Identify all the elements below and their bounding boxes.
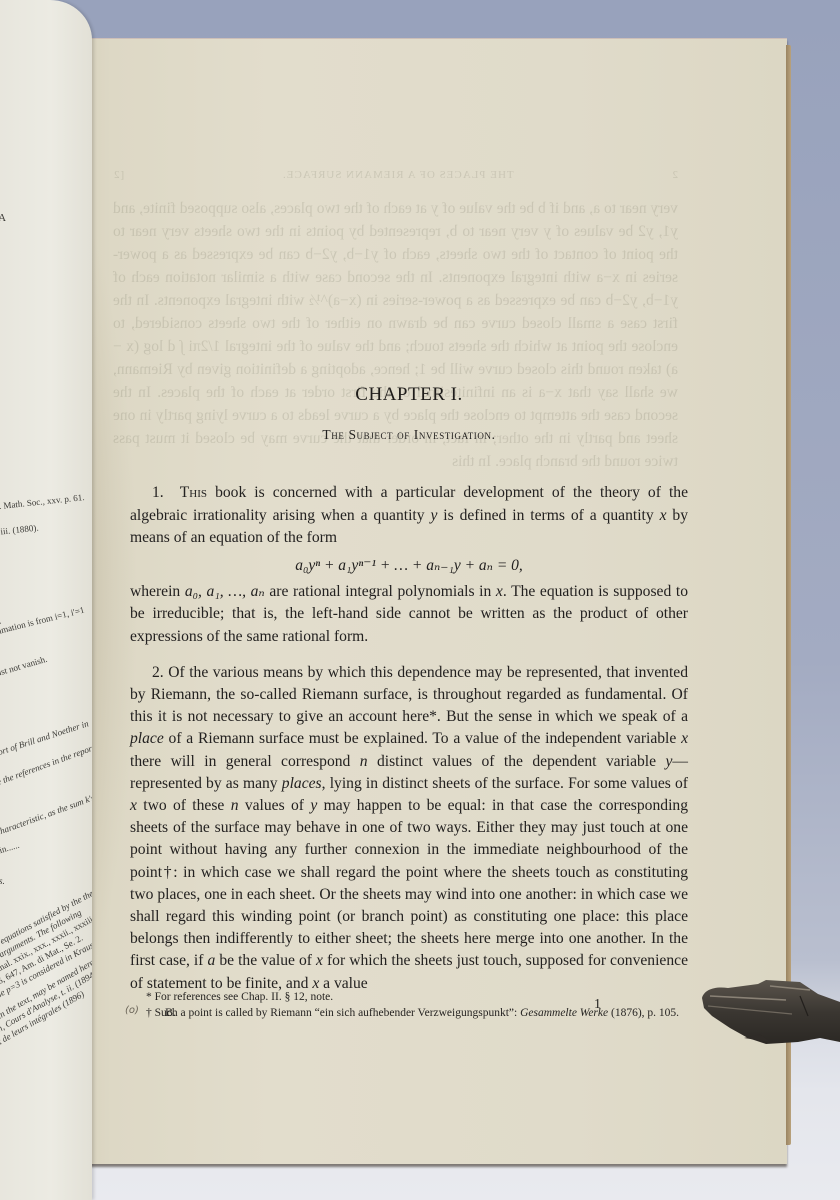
text: wherein: [130, 583, 185, 600]
math-var: x: [681, 730, 688, 747]
text: are rational integral polynomials in: [265, 583, 496, 600]
text: there will in general correspond: [130, 753, 360, 770]
chapter-title: CHAPTER I.: [130, 384, 688, 406]
text: of a Riemann surface must be explained. …: [164, 730, 681, 747]
paragraph-1: 1. This book is concerned with a particu…: [130, 482, 688, 549]
paragraph-number: 1.: [152, 484, 164, 501]
showthrough-header-right: [2: [113, 164, 124, 187]
equation: a₀yⁿ + a₁yⁿ⁻¹ + … + aₙ₋₁y + aₙ = 0,: [130, 555, 688, 577]
showthrough-header-left: 2: [672, 164, 679, 187]
left-page-fragment: ons.: [0, 876, 5, 886]
text: values of: [238, 797, 310, 814]
left-page-fragment: on. Math. Soc., xxv. p. 61.: [0, 492, 85, 512]
left-page-curled: ΩΑ on. Math. Soc., xxv. p. 61. . iii. (1…: [0, 0, 92, 1200]
math-var: x: [660, 507, 667, 524]
showthrough-header-center: THE PLACES OF A RIEMANN SURFACE.: [282, 164, 514, 187]
text: be the value of: [215, 952, 316, 969]
text: distinct values of the dependent variabl…: [368, 753, 666, 770]
math-var: x: [130, 797, 137, 814]
math-var: x: [316, 952, 323, 969]
left-page-fragment: es in......: [0, 840, 20, 858]
paragraph-1-continued: wherein a₀, a₁, …, aₙ are rational integ…: [130, 581, 688, 648]
pencil-mark: (o): [125, 1005, 139, 1016]
math-var: x: [496, 583, 503, 600]
text: may happen to be equal: in that case the…: [130, 797, 688, 969]
footnotes: * For references see Chap. II. § 12, not…: [136, 990, 694, 1021]
footnote-2: † Such a point is called by Riemann “ein…: [136, 1006, 694, 1022]
left-page-fragment: ummation is from i=1, i'=1: [0, 605, 85, 638]
page-content: CHAPTER I. The Subject of Investigation.…: [130, 384, 688, 995]
text: two of these: [137, 797, 231, 814]
bronze-hand-bookweight: [700, 976, 840, 1066]
showthrough-header: 2 THE PLACES OF A RIEMANN SURFACE. [2: [113, 164, 678, 187]
text: Of the various means by which this depen…: [130, 664, 688, 725]
emphasis: place: [130, 730, 164, 747]
text: † Such a point is called by Riemann “ein…: [146, 1007, 520, 1019]
section-title: The Subject of Investigation.: [130, 424, 688, 446]
text: is defined in terms of a quantity: [437, 507, 659, 524]
lead-word: This: [180, 484, 207, 501]
emphasis: places: [282, 775, 322, 792]
math-var: n: [360, 753, 368, 770]
paragraph-2: 2. Of the various means by which this de…: [130, 662, 688, 995]
text: (1876), p. 105.: [608, 1007, 679, 1019]
left-page-fragment: o characteristic, as the sum k's: [0, 792, 92, 839]
page-number: 1: [594, 997, 601, 1013]
left-page-fragment: must not vanish.: [0, 654, 48, 680]
footnote-1: * For references see Chap. II. § 12, not…: [136, 990, 694, 1006]
signature-mark: B.: [165, 1005, 176, 1020]
text: , lying in distinct sheets of the surfac…: [322, 775, 688, 792]
left-page-fragment: . iii. (1880).: [0, 523, 39, 537]
right-page: 2 THE PLACES OF A RIEMANN SURFACE. [2 ve…: [53, 38, 787, 1164]
math-var: a₀, a₁, …, aₙ: [185, 583, 265, 600]
left-page-fragment: ΩΑ: [0, 212, 6, 224]
paragraph-number: 2.: [152, 664, 164, 681]
